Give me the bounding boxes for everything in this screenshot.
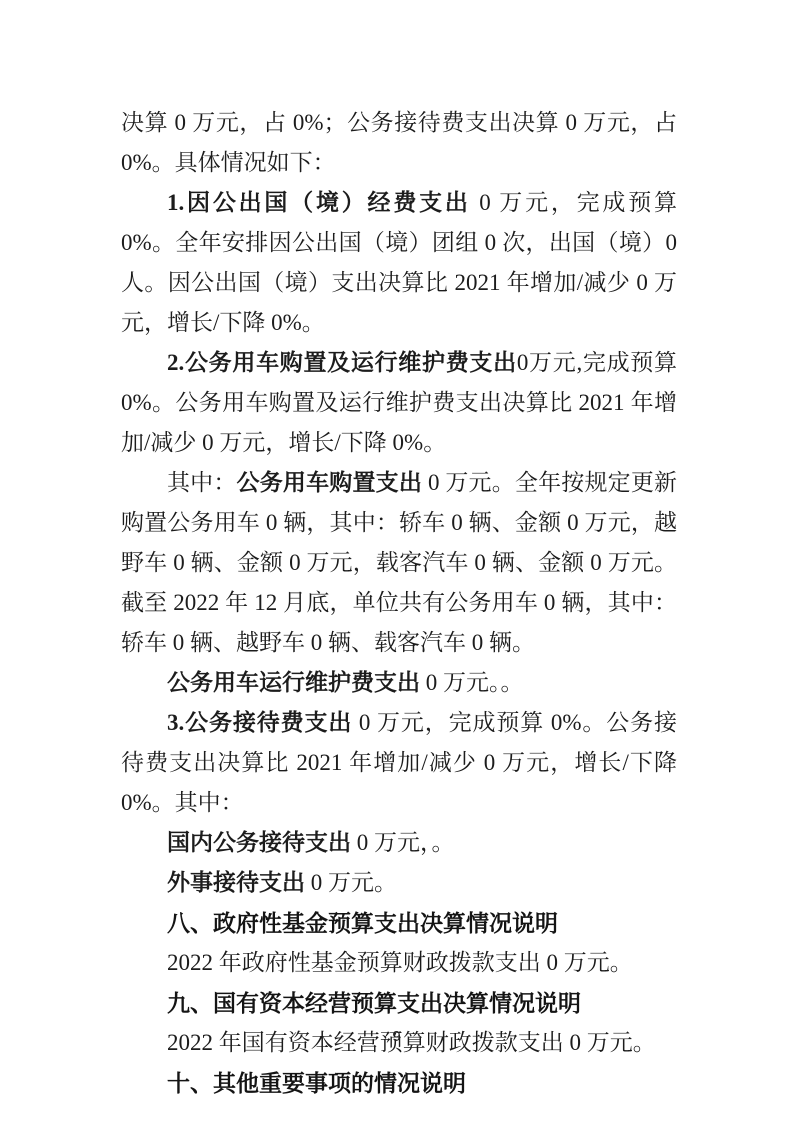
paragraph-bold-lead: 外事接待支出 [167,870,305,895]
paragraph-vehicle-purchase-detail: 其中：公务用车购置支出 0 万元。全年按规定更新购置公务用车 0 辆，其中：轿车… [121,463,677,663]
paragraph-official-reception: 3.公务接待费支出 0 万元，完成预算 0%。公务接待费支出决算比 2021 年… [121,703,677,823]
paragraph-text: 其中： [167,470,237,495]
paragraph-text: 2022 年政府性基金预算财政拨款支出 0 万元。 [167,950,633,975]
paragraph-government-fund-amount: 2022 年政府性基金预算财政拨款支出 0 万元。 [121,943,677,983]
heading-other-important-matters: 十、其他重要事项的情况说明 [121,1063,677,1103]
paragraph-bold-lead: 公务用车运行维护费支出 [167,670,420,695]
paragraph-bold-lead: 2.公务用车购置及运行维护费支出 [167,350,517,375]
paragraph-vehicle-expense: 2.公务用车购置及运行维护费支出0万元,完成预算0%。公务用车购置及运行维护费支… [121,343,677,463]
page-number: 9 [0,1028,793,1046]
paragraph-text: 0 万元。。 [420,670,524,695]
paragraph-domestic-reception: 国内公务接待支出 0 万元，。 [121,823,677,863]
document-page: 决算 0 万元，占 0%；公务接待费支出决算 0 万元，占 0%。具体情况如下：… [0,0,793,1122]
paragraph-text: 0 万元，。 [351,830,455,855]
paragraph-overview-continued: 决算 0 万元，占 0%；公务接待费支出决算 0 万元，占 0%。具体情况如下： [121,103,677,183]
paragraph-bold-lead: 公务用车购置支出 [237,470,422,495]
paragraph-text: 0 万元。全年按规定更新购置公务用车 0 辆，其中：轿车 0 辆、金额 0 万元… [121,470,677,655]
paragraph-bold-lead: 1.因公出国（境）经费支出 [167,190,471,215]
paragraph-text: 0 万元。 [305,870,397,895]
paragraph-vehicle-maintenance: 公务用车运行维护费支出 0 万元。。 [121,663,677,703]
document-content: 决算 0 万元，占 0%；公务接待费支出决算 0 万元，占 0%。具体情况如下：… [121,103,677,1103]
paragraph-foreign-reception: 外事接待支出 0 万元。 [121,863,677,903]
paragraph-bold-lead: 3.公务接待费支出 [167,710,352,735]
heading-government-fund-budget: 八、政府性基金预算支出决算情况说明 [121,903,677,943]
paragraph-bold-lead: 国内公务接待支出 [167,830,351,855]
paragraph-text: 决算 0 万元，占 0%；公务接待费支出决算 0 万元，占 0%。具体情况如下： [121,110,677,175]
paragraph-outbound-travel: 1.因公出国（境）经费支出 0 万元，完成预算 0%。全年安排因公出国（境）团组… [121,183,677,343]
heading-state-capital-budget: 九、国有资本经营预算支出决算情况说明 [121,983,677,1023]
